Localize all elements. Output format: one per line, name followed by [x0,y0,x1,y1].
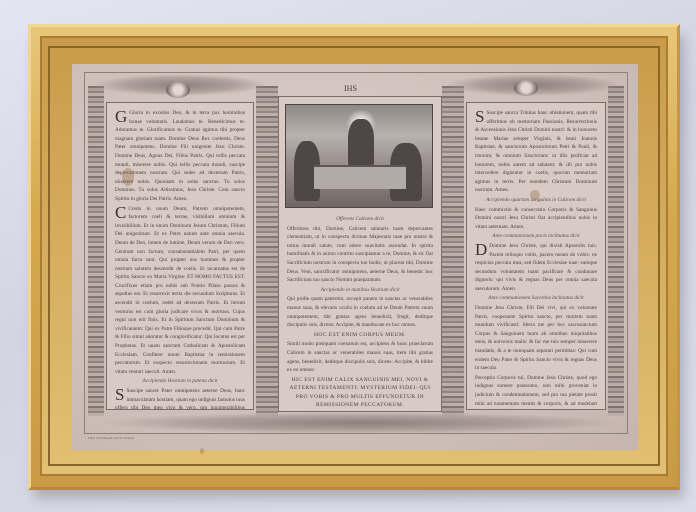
dropcap-s: S [115,387,124,402]
publisher-imprint: Paris chez Basset, rue St Jacques [88,436,134,440]
dropcap-c: C [115,205,126,220]
left-cherub-icon [166,82,190,98]
domine-pacem-body: Domine Jesu Christe, qui dixisti Apostol… [475,243,597,292]
words-of-institution-blood: HIC EST ENIM CALIX SANGUINIS MEI, NOVI &… [287,376,433,410]
suscipe-trinitas-text: SSuscipe sancta Trinitas hanc oblationem… [475,109,597,195]
words-of-institution-body: HOC EST ENIM CORPUS MEUM. [287,331,433,340]
chalice-text: Simili modo postquam coenatum est, accip… [287,340,433,374]
right-text-panel: SSuscipe sancta Trinitas hanc oblationem… [466,102,606,410]
foxing-stain [122,168,134,186]
haec-commixtio-text: Haec commixtio & consecratio Corporis & … [475,206,597,232]
supper-table [314,165,406,189]
left-ornamental-column [88,86,104,416]
last-supper-engraving [285,104,433,208]
ihs-monogram: IHS [344,84,357,93]
consecration-text: Qui pridie quam pateretur, accepit panem… [287,295,433,329]
offertory-rubric: Offerens Calicem dicit [287,215,433,224]
closing-text: Haec quotiescumque feceritis, in mei mem… [287,411,433,412]
suscipe-trinitas-body: Suscipe sancta Trinitas hanc oblationem,… [475,110,597,193]
dropcap-s2: S [475,109,484,124]
domine-fili-text: Domine Jesu Christe, Fili Dei vivi, qui … [475,304,597,373]
right-center-ornamental-column [442,86,464,416]
dropcap-g: G [115,109,127,124]
right-cherub-icon [514,80,538,96]
foxing-stain [200,448,204,454]
left-center-ornamental-column [256,86,278,416]
left-rubric: Accipiendo Hostiam in patena dicit [115,377,245,386]
credo-text: CCredo in unum Deum, Patrem omnipotentem… [115,205,245,377]
left-text-panel: GGloria in excelsis Deo, & in terra pax … [106,102,254,410]
dropcap-d: D [475,242,487,257]
gloria-body: Gloria in excelsis Deo, & in terra pax h… [115,110,245,202]
gloria-text: GGloria in excelsis Deo, & in terra pax … [115,109,245,204]
domine-pacem-text: DDomine Jesu Christe, qui dixisti Aposto… [475,242,597,294]
credo-body: Credo in unum Deum, Patrem omnipotentem,… [115,206,245,375]
suscipe-body: Suscipe sancte Pater omnipotens aeterne … [115,388,245,410]
consecration-rubric: Accipiendo in manibus Hostiam dicit [287,286,433,295]
right-rubric-2: Ante communionem pacis inclinatus dicit [475,232,597,241]
foxing-stain [530,190,540,200]
offertory-text: Offerimus tibi, Domine, Calicem salutari… [287,225,433,285]
right-rubric-3: Ante communionem Sacerdos inclinatus dic… [475,294,597,303]
right-ornamental-column [608,86,624,416]
bottom-foliage-scroll [100,412,620,434]
christ-figure [348,119,374,167]
suscipe-text: SSuscipe sancte Pater omnipotens aeterne… [115,387,245,410]
perceptio-text: Perceptio Corporis tui, Domine Jesu Chri… [475,374,597,410]
